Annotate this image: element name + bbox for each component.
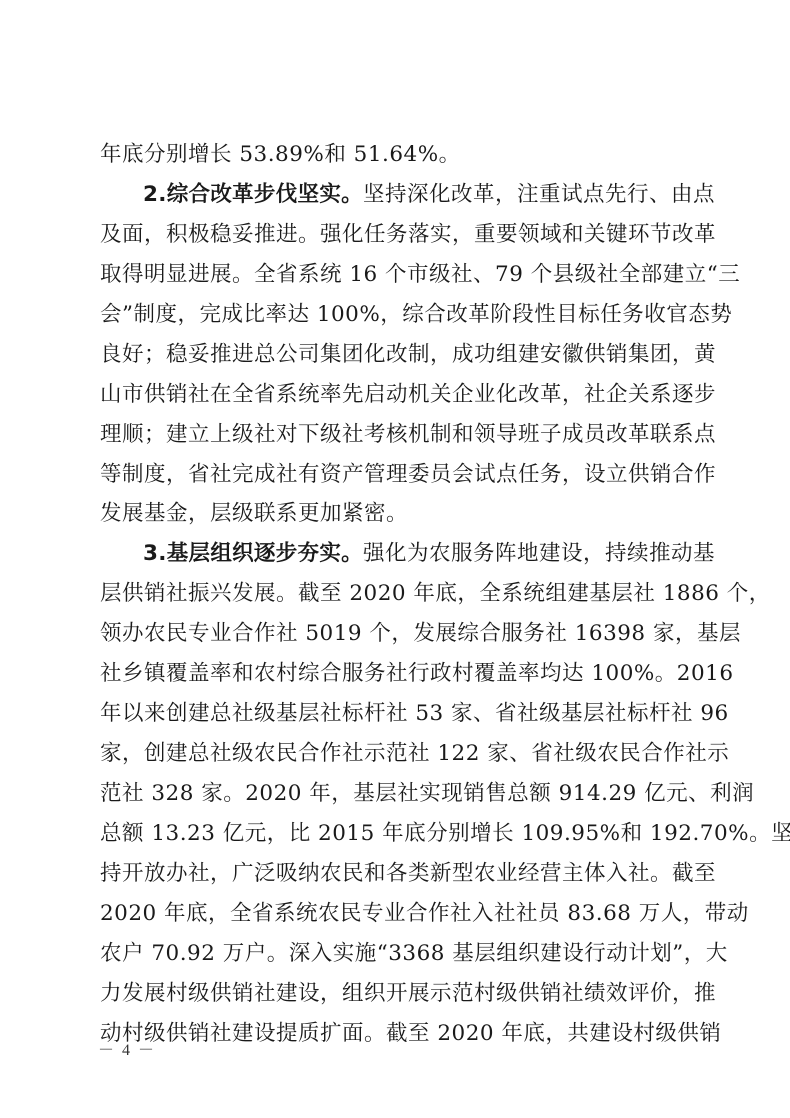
text-line: 层供销社振兴发展。截至 2020 年底，全系统组建基层社 1886 个， [100, 574, 692, 614]
text-line: 发展基金，层级联系更加紧密。 [100, 494, 692, 534]
text-line: 农户 70.92 万户。深入实施“3368 基层组织建设行动计划”，大 [100, 934, 692, 974]
paragraph-start-line: 3.基层组织逐步夯实。强化为农服务阵地建设，持续推动基 [100, 534, 692, 574]
text-line: 取得明显进展。全省系统 16 个市级社、79 个县级社全部建立“三 [100, 255, 692, 295]
text-line: 范社 328 家。2020 年，基层社实现销售总额 914.29 亿元、利润 [100, 774, 692, 814]
text-line: 家，创建总社级农民合作社示范社 122 家、省社级农民合作社示 [100, 734, 692, 774]
paragraph-start-line: 2.综合改革步伐坚实。坚持深化改革，注重试点先行、由点 [100, 175, 692, 215]
text-line: 及面，积极稳妥推进。强化任务落实，重要领域和关键环节改革 [100, 215, 692, 255]
body-text: 年底分别增长 53.89%和 51.64%。 2.综合改革步伐坚实。坚持深化改革… [100, 135, 692, 1054]
text-span: 强化为农服务阵地建设，持续推动基 [363, 541, 715, 566]
text-line: 年底分别增长 53.89%和 51.64%。 [100, 135, 692, 175]
section-heading: 2.综合改革步伐坚实。 [143, 182, 363, 207]
text-line: 力发展村级供销社建设，组织开展示范村级供销社绩效评价，推 [100, 974, 692, 1014]
text-line: 社乡镇覆盖率和农村综合服务社行政村覆盖率均达 100%。2016 [100, 654, 692, 694]
text-line: 总额 13.23 亿元，比 2015 年底分别增长 109.95%和 192.7… [100, 814, 692, 854]
text-line: 等制度，省社完成社有资产管理委员会试点任务，设立供销合作 [100, 455, 692, 495]
text-line: 会”制度，完成比率达 100%，综合改革阶段性目标任务收官态势 [100, 295, 692, 335]
text-line: 持开放办社，广泛吸纳农民和各类新型农业经营主体入社。截至 [100, 854, 692, 894]
text-line: 2020 年底，全省系统农民专业合作社入社社员 83.68 万人，带动 [100, 894, 692, 934]
page-number: － 4 － [98, 1037, 156, 1060]
text-line: 理顺；建立上级社对下级社考核机制和领导班子成员改革联系点 [100, 415, 692, 455]
text-line: 良好；稳妥推进总公司集团化改制，成功组建安徽供销集团，黄 [100, 335, 692, 375]
text-line: 年以来创建总社级基层社标杆社 53 家、省社级基层社标杆社 96 [100, 694, 692, 734]
text-line: 山市供销社在全省系统率先启动机关企业化改革，社企关系逐步 [100, 375, 692, 415]
section-heading: 3.基层组织逐步夯实。 [143, 541, 363, 566]
text-line: 动村级供销社建设提质扩面。截至 2020 年底，共建设村级供销 [100, 1014, 692, 1054]
text-span: 坚持深化改革，注重试点先行、由点 [363, 182, 715, 207]
text-line: 领办农民专业合作社 5019 个，发展综合服务社 16398 家，基层 [100, 614, 692, 654]
document-page: 年底分别增长 53.89%和 51.64%。 2.综合改革步伐坚实。坚持深化改革… [0, 0, 790, 1118]
